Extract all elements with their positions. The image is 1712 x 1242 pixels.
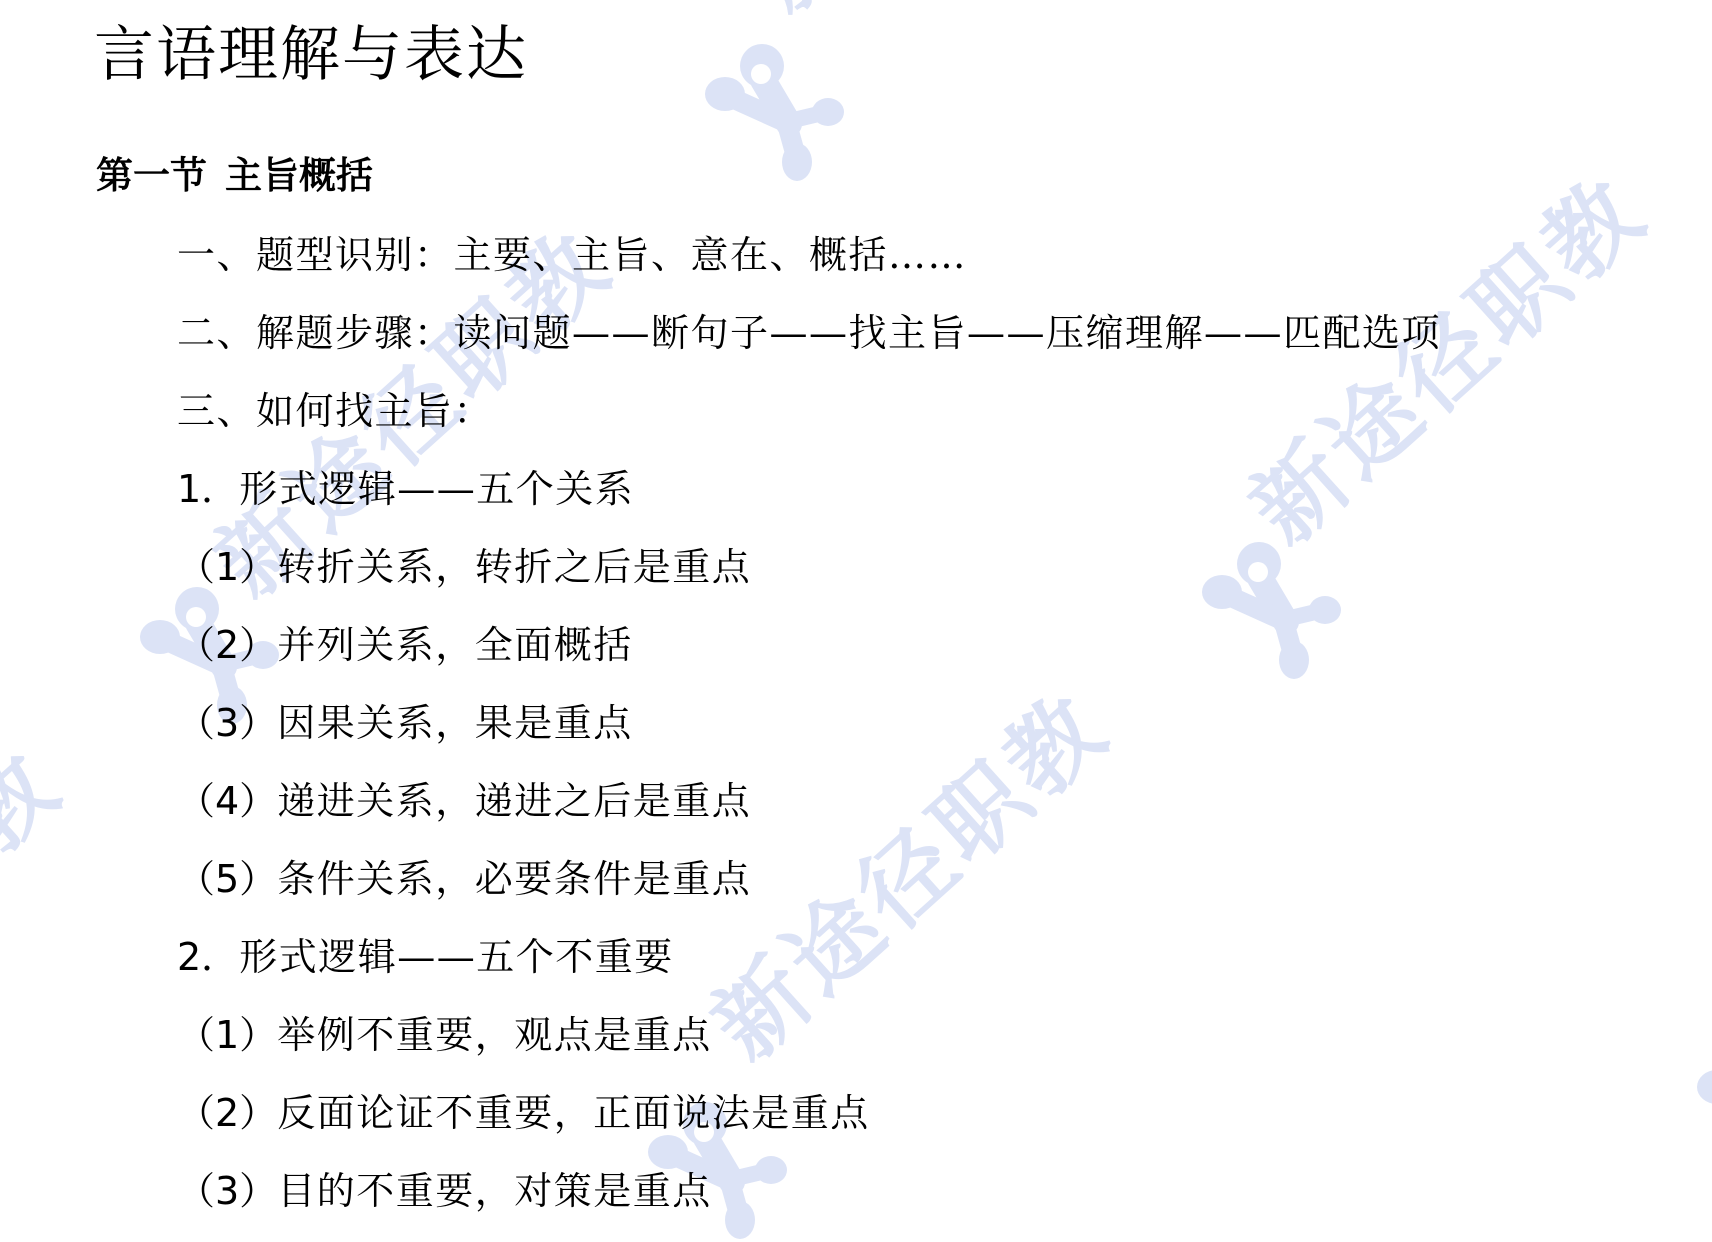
item-marker: 2． — [177, 935, 239, 979]
list-item: （2）并列关系，全面概括 — [177, 620, 633, 670]
item-text: 递进关系，递进之后是重点 — [277, 779, 751, 823]
item-marker: 二、 — [177, 311, 256, 355]
item-text: 转折关系，转折之后是重点 — [277, 545, 751, 589]
item-marker: （2） — [177, 623, 277, 667]
section-number: 第一节 — [96, 154, 207, 197]
document-page: 言语理解与表达 第一节主旨概括 一、题型识别：主要、主旨、意在、概括…… 二、解… — [0, 0, 1712, 1242]
item-marker: （4） — [177, 779, 277, 823]
item-marker: （1） — [177, 1013, 277, 1057]
outline-item-solving-steps: 二、解题步骤：读问题——断句子——找主旨——压缩理解——匹配选项 — [177, 308, 1441, 358]
item-text: 解题步骤：读问题——断句子——找主旨——压缩理解——匹配选项 — [256, 311, 1441, 355]
list-item: （3）因果关系，果是重点 — [177, 698, 633, 748]
item-marker: （5） — [177, 857, 277, 901]
item-text: 举例不重要，观点是重点 — [277, 1013, 712, 1057]
item-text: 目的不重要，对策是重点 — [277, 1169, 712, 1213]
item-marker: （1） — [177, 545, 277, 589]
item-marker: （2） — [177, 1091, 277, 1135]
list-item: （1）转折关系，转折之后是重点 — [177, 542, 751, 592]
item-marker: 一、 — [177, 233, 256, 277]
list-item: （4）递进关系，递进之后是重点 — [177, 776, 751, 826]
item-marker: 三、 — [177, 389, 256, 433]
section-title: 主旨概括 — [225, 154, 373, 197]
list-item: （3）目的不重要，对策是重点 — [177, 1166, 712, 1216]
list-heading-five-relations: 1．形式逻辑——五个关系 — [177, 464, 634, 514]
item-text: 反面论证不重要，正面说法是重点 — [277, 1091, 870, 1135]
section-heading: 第一节主旨概括 — [96, 152, 373, 200]
item-text: 因果关系，果是重点 — [277, 701, 633, 745]
item-text: 如何找主旨： — [256, 389, 493, 433]
list-item: （1）举例不重要，观点是重点 — [177, 1010, 712, 1060]
item-text: 条件关系，必要条件是重点 — [277, 857, 751, 901]
outline-item-question-type: 一、题型识别：主要、主旨、意在、概括…… — [177, 230, 967, 280]
item-text: 并列关系，全面概括 — [277, 623, 633, 667]
item-marker: （3） — [177, 1169, 277, 1213]
item-marker: 1． — [177, 467, 239, 511]
item-text: 形式逻辑——五个不重要 — [239, 935, 674, 979]
list-item: （5）条件关系，必要条件是重点 — [177, 854, 751, 904]
item-text: 形式逻辑——五个关系 — [239, 467, 634, 511]
list-heading-five-unimportant: 2．形式逻辑——五个不重要 — [177, 932, 674, 982]
outline-item-find-main-idea: 三、如何找主旨： — [177, 386, 493, 436]
item-text: 题型识别：主要、主旨、意在、概括…… — [256, 233, 967, 277]
document-title: 言语理解与表达 — [94, 22, 528, 88]
item-marker: （3） — [177, 701, 277, 745]
list-item: （2）反面论证不重要，正面说法是重点 — [177, 1088, 870, 1138]
